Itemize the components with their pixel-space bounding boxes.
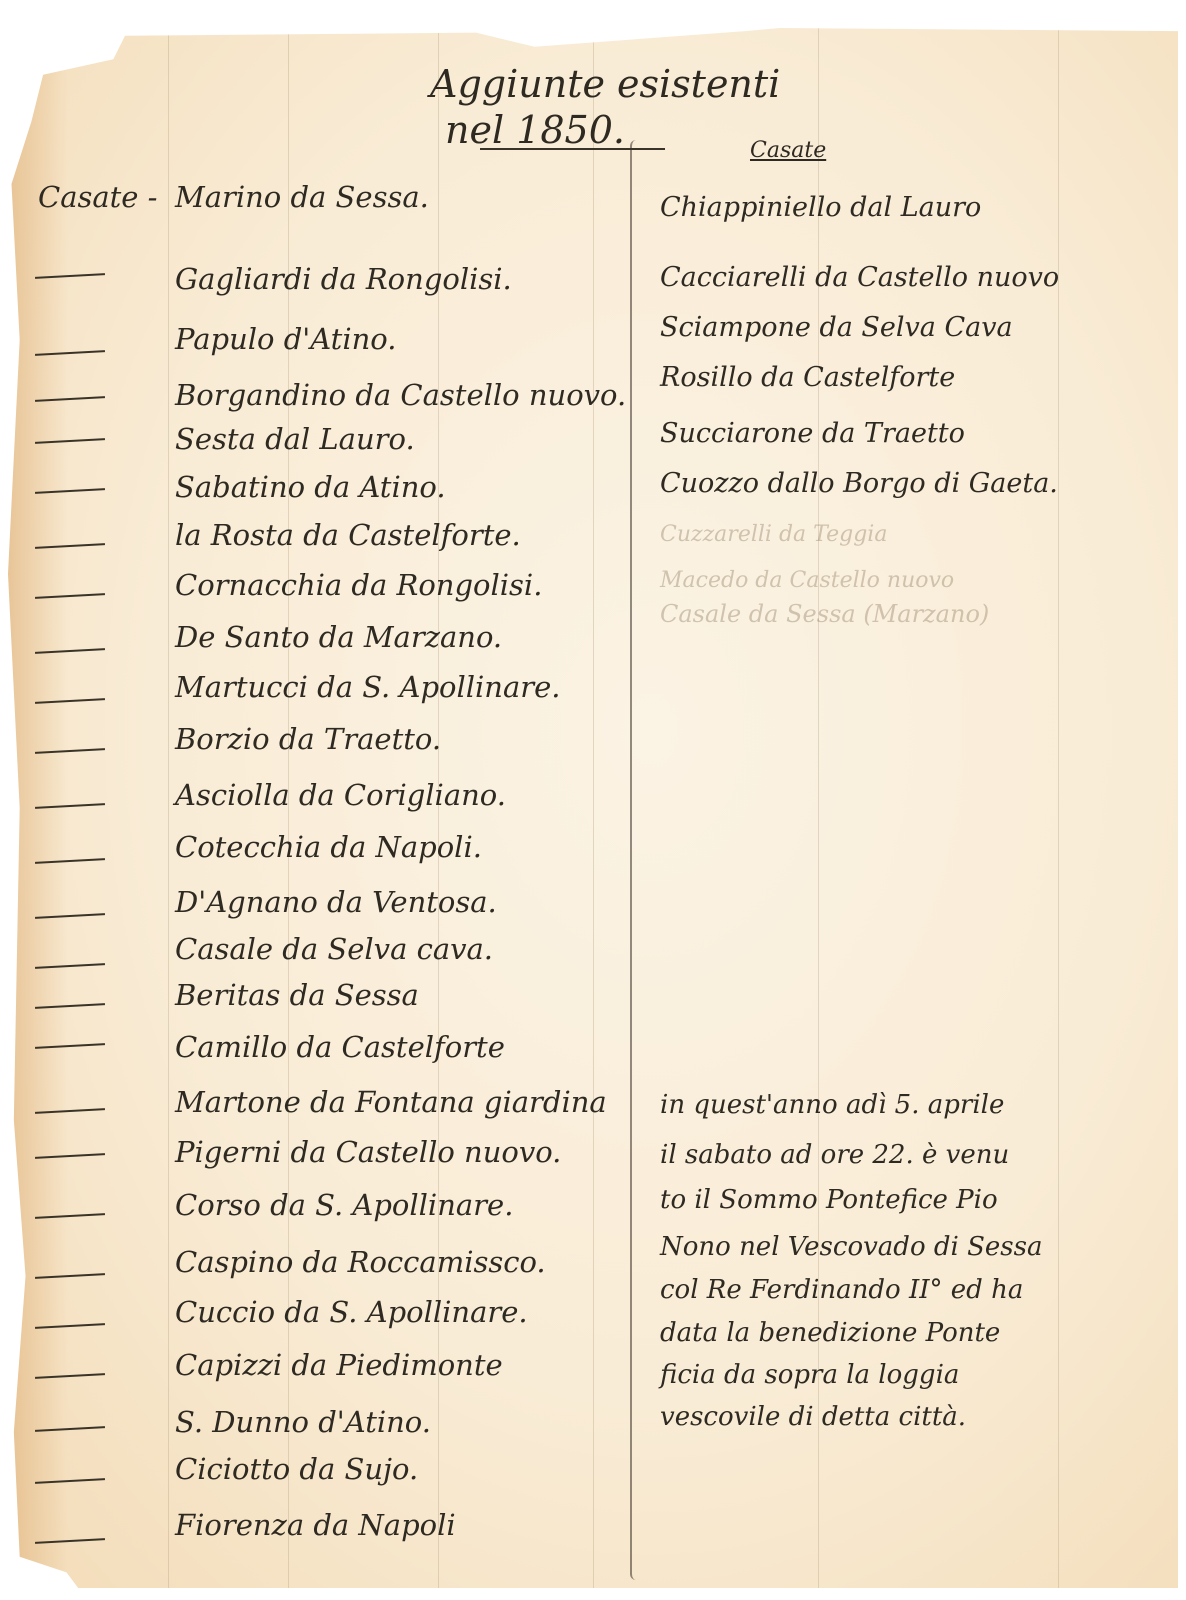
list-item: Sciampone da Selva Cava [660,312,1013,343]
title-underline [480,148,665,150]
list-item: Martucci da S. Apollinare. [175,670,561,704]
list-item: Borgandino da Castello nuovo. [175,378,626,412]
left-column-label: Casate - [38,180,157,214]
note-line: ficia da sopra la loggia [660,1360,959,1390]
list-item: Ciciotto da Sujo. [175,1452,418,1486]
list-item: Cuozzo dallo Borgo di Gaeta. [660,468,1058,499]
faded-list-item: Casale da Sessa (Marzano) [660,600,989,628]
faded-list-item: Cuzzarelli da Teggia [660,522,887,547]
note-line: Nono nel Vescovado di Sessa [660,1232,1042,1262]
list-item: Chiappiniello dal Lauro [660,192,981,223]
list-item: Cacciarelli da Castello nuovo [660,262,1059,293]
list-item: Fiorenza da Napoli [175,1508,456,1542]
note-line: il sabato ad ore 22. è venu [660,1140,1009,1170]
note-line: vescovile di detta città. [660,1402,966,1432]
list-item: Gagliardi da Rongolisi. [175,262,512,296]
list-item: Marino da Sessa. [175,180,429,214]
list-item: Borzio da Traetto. [175,722,441,756]
list-item: Beritas da Sessa [175,978,419,1012]
right-column-header: Casate [750,138,826,163]
list-item: Rosillo da Castelforte [660,362,955,393]
list-item: D'Agnano da Ventosa. [175,885,497,919]
list-item: Cuccio da S. Apollinare. [175,1295,528,1329]
page-title-line1: Aggiunte esistenti [430,62,780,106]
list-item: Caspino da Roccamissco. [175,1245,546,1279]
list-item: S. Dunno d'Atino. [175,1405,431,1439]
list-item: Pigerni da Castello nuovo. [175,1135,561,1169]
list-item: Capizzi da Piedimonte [175,1348,503,1382]
list-item: Succiarone da Traetto [660,418,965,449]
ruled-line [168,28,169,1588]
list-item: Sabatino da Atino. [175,470,446,504]
page-title-line2: nel 1850. [445,108,625,152]
note-line: col Re Ferdinando II° ed ha [660,1275,1023,1305]
list-item: Camillo da Castelforte [175,1030,505,1064]
faded-list-item: Macedo da Castello nuovo [660,568,954,593]
list-item: Cotecchia da Napoli. [175,830,482,864]
list-item: Martone da Fontana giardina [175,1085,607,1119]
column-divider-brace [630,140,646,1580]
list-item: Asciolla da Corigliano. [175,778,506,812]
ruled-line [593,28,594,1588]
note-line: data la benedizione Ponte [660,1318,1000,1348]
list-item: la Rosta da Castelforte. [175,518,521,552]
list-item: Sesta dal Lauro. [175,422,415,456]
list-item: Cornacchia da Rongolisi. [175,568,542,602]
list-item: Casale da Selva cava. [175,932,493,966]
note-line: in quest'anno adì 5. aprile [660,1090,1004,1120]
note-line: to il Sommo Pontefice Pio [660,1185,998,1215]
list-item: Papulo d'Atino. [175,322,396,356]
list-item: Corso da S. Apollinare. [175,1188,513,1222]
list-item: De Santo da Marzano. [175,620,502,654]
